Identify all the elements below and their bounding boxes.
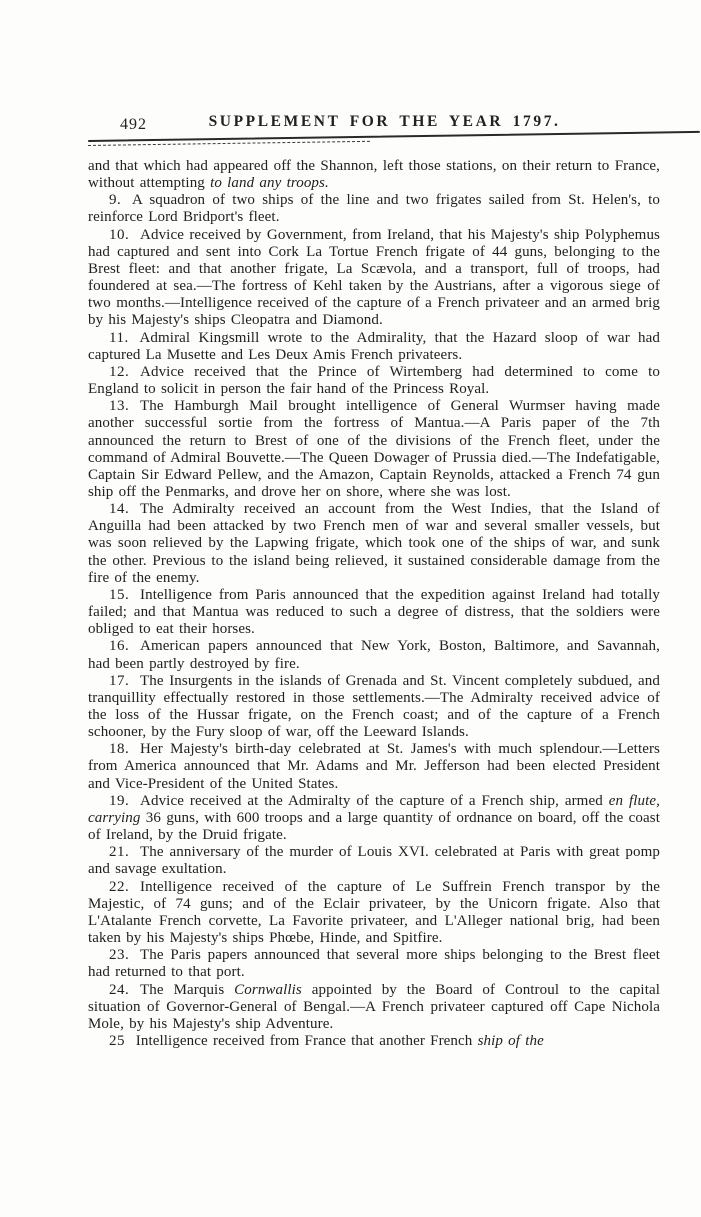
paragraph-22: 22.Intelligence received of the capture …: [88, 879, 660, 948]
paragraph-25: 25Intelligence received from France that…: [88, 1033, 660, 1050]
paragraph-text: Advice received by Government, from Irel…: [88, 227, 660, 329]
paragraph-text: 36 guns, with 600 troops and a large qua…: [88, 810, 660, 843]
header-rule-dashed: [88, 141, 369, 146]
paragraph-number: 19.: [109, 793, 129, 809]
paragraph-text: The Admiralty received an account from t…: [88, 501, 660, 586]
paragraph-number: 13.: [109, 398, 129, 414]
paragraph-continuation: and that which had appeared off the Shan…: [88, 158, 660, 192]
paragraph-number: 15.: [109, 587, 129, 603]
paragraph-number: 23.: [109, 947, 129, 963]
paragraph-13: 13.The Hamburgh Mail brought intelligenc…: [88, 398, 660, 501]
paragraph-text: Advice received that the Prince of Wirte…: [88, 364, 660, 397]
body-text: and that which had appeared off the Shan…: [88, 158, 660, 1050]
paragraph-text: A squadron of two ships of the line and …: [88, 192, 660, 225]
paragraph-text: The anniversary of the murder of Louis X…: [88, 844, 660, 877]
paragraph-number: 9.: [109, 192, 121, 208]
paragraph-text: Advice received at the Admiralty of the …: [140, 793, 609, 809]
paragraph-text-italic: Cornwallis: [234, 982, 302, 998]
paragraph-18: 18.Her Majesty's birth-day celebrated at…: [88, 741, 660, 792]
paragraph-text-italic: ship of the: [478, 1033, 544, 1049]
paragraph-12: 12.Advice received that the Prince of Wi…: [88, 364, 660, 398]
running-title: SUPPLEMENT FOR THE YEAR 1797.: [209, 113, 561, 131]
paragraph-text: Intelligence from Paris announced that t…: [88, 587, 660, 637]
paragraph-number: 22.: [109, 879, 129, 895]
paragraph-text: Her Majesty's birth-day celebrated at St…: [88, 741, 660, 791]
paragraph-number: 14.: [109, 501, 129, 517]
paragraph-text: Admiral Kingsmill wrote to the Admiralit…: [88, 330, 660, 363]
paragraph-text: The Paris papers announced that several …: [88, 947, 660, 980]
paragraph-23: 23.The Paris papers announced that sever…: [88, 947, 660, 981]
paragraph-number: 16.: [109, 638, 129, 654]
paragraph-11: 11.Admiral Kingsmill wrote to the Admira…: [88, 330, 660, 364]
paragraph-21: 21.The anniversary of the murder of Loui…: [88, 844, 660, 878]
paragraph-15: 15.Intelligence from Paris announced tha…: [88, 587, 660, 638]
paragraph-number: 12.: [109, 364, 129, 380]
paragraph-text: Intelligence received from France that a…: [136, 1033, 478, 1049]
paragraph-14: 14.The Admiralty received an account fro…: [88, 501, 660, 587]
paragraph-19: 19.Advice received at the Admiralty of t…: [88, 793, 660, 844]
paragraph-number: 21.: [109, 844, 129, 860]
paragraph-text: American papers announced that New York,…: [88, 638, 660, 671]
paragraph-17: 17.The Insurgents in the islands of Gren…: [88, 673, 660, 742]
paragraph-9: 9.A squadron of two ships of the line an…: [88, 192, 660, 226]
paragraph-text: The Marquis: [140, 982, 234, 998]
paragraph-number: 24.: [109, 982, 129, 998]
paragraph-text: Intelligence received of the capture of …: [88, 879, 660, 946]
paragraph-10: 10.Advice received by Government, from I…: [88, 227, 660, 330]
page-number: 492: [120, 116, 147, 134]
paragraph-text: The Insurgents in the islands of Grenada…: [88, 673, 660, 740]
paragraph-number: 17.: [109, 673, 129, 689]
paragraph-text: The Hamburgh Mail brought intelligence o…: [88, 398, 660, 500]
paragraph-number: 10.: [109, 227, 129, 243]
paragraph-number: 11.: [109, 330, 129, 346]
paragraph-number: 18.: [109, 741, 129, 757]
paragraph-16: 16.American papers announced that New Yo…: [88, 638, 660, 672]
page-header: 492 SUPPLEMENT FOR THE YEAR 1797.: [88, 104, 660, 134]
paragraph-number: 25: [109, 1033, 125, 1049]
page-content: 492 SUPPLEMENT FOR THE YEAR 1797. and th…: [88, 104, 660, 1050]
paragraph-text-italic: to land any troops.: [210, 175, 329, 191]
paragraph-24: 24.The Marquis Cornwallis appointed by t…: [88, 982, 660, 1033]
paragraph-text: and that which had appeared off the Shan…: [88, 158, 660, 191]
scanned-document-page: 492 SUPPLEMENT FOR THE YEAR 1797. and th…: [0, 0, 701, 1217]
